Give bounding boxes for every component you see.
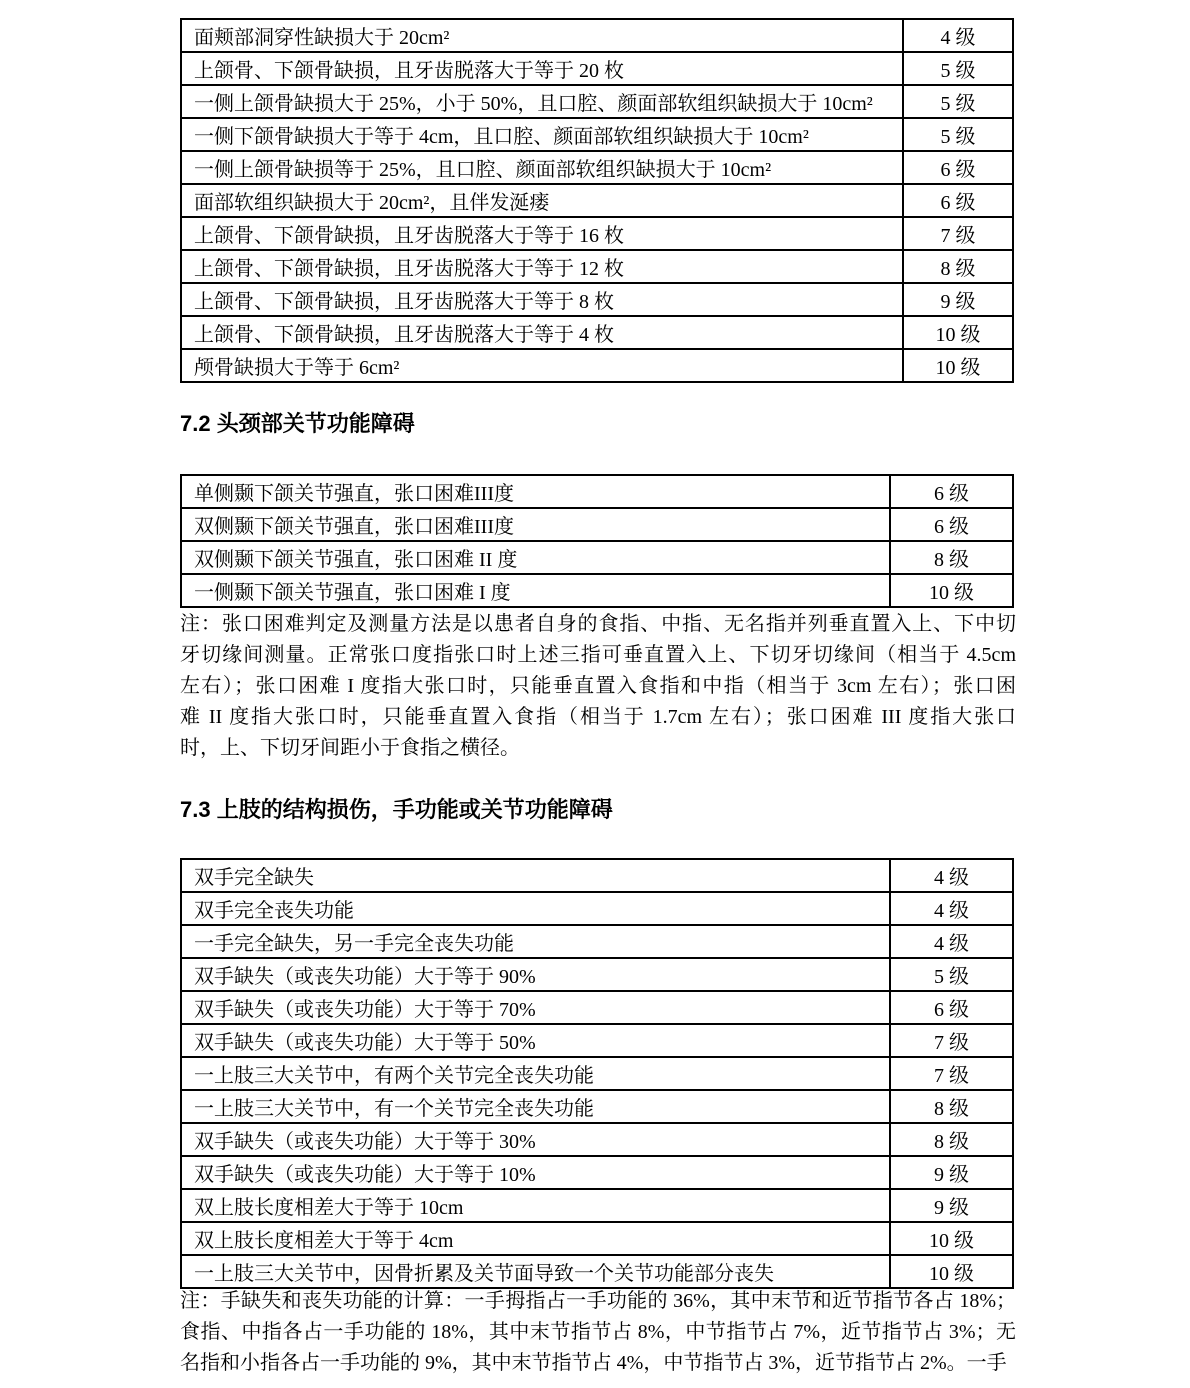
grade-cell: 5 级	[903, 52, 1013, 85]
criterion-cell: 上颌骨、下颌骨缺损，且牙齿脱落大于等于 4 枚	[181, 316, 903, 349]
table-row: 双手缺失（或丧失功能）大于等于 10% 9 级	[181, 1156, 1013, 1189]
note-mouth-opening: 注：张口困难判定及测量方法是以患者自身的食指、中指、无名指并列垂直置入上、下中切…	[180, 609, 1016, 764]
grade-cell: 8 级	[890, 541, 1013, 574]
grade-cell: 10 级	[890, 574, 1013, 607]
grade-cell: 6 级	[890, 475, 1013, 508]
table-row: 双手缺失（或丧失功能）大于等于 90% 5 级	[181, 958, 1013, 991]
grade-cell: 4 级	[903, 19, 1013, 52]
table-row: 颅骨缺损大于等于 6cm² 10 级	[181, 349, 1013, 382]
section-heading-7-2: 7.2 头颈部关节功能障碍	[180, 411, 1014, 437]
criterion-cell: 双侧颞下颌关节强直，张口困难III度	[181, 508, 890, 541]
grade-cell: 5 级	[903, 85, 1013, 118]
table-row: 双上肢长度相差大于等于 4cm 10 级	[181, 1222, 1013, 1255]
grade-cell: 9 级	[890, 1189, 1013, 1222]
grade-cell: 5 级	[903, 118, 1013, 151]
criterion-cell: 双上肢长度相差大于等于 4cm	[181, 1222, 890, 1255]
table-row: 面部软组织缺损大于 20cm²，且伴发涎瘘 6 级	[181, 184, 1013, 217]
table-row: 双手缺失（或丧失功能）大于等于 70% 6 级	[181, 991, 1013, 1024]
note-line: 牙切缘间测量。正常张口度指张口时上述三指可垂直置入上、下切牙切缘间（相当于 4.…	[180, 640, 1016, 671]
grade-cell: 4 级	[890, 925, 1013, 958]
document-page: 面颊部洞穿性缺损大于 20cm² 4 级 上颌骨、下颌骨缺损，且牙齿脱落大于等于…	[0, 0, 1190, 1388]
grade-cell: 4 级	[890, 859, 1013, 892]
grade-cell: 7 级	[903, 217, 1013, 250]
table-row: 一上肢三大关节中，因骨折累及关节面导致一个关节功能部分丧失 10 级	[181, 1255, 1013, 1288]
table-row: 一上肢三大关节中，有两个关节完全丧失功能 7 级	[181, 1057, 1013, 1090]
table-row: 双手缺失（或丧失功能）大于等于 50% 7 级	[181, 1024, 1013, 1057]
criterion-cell: 一侧上颌骨缺损等于 25%，且口腔、颜面部软组织缺损大于 10cm²	[181, 151, 903, 184]
table-row: 一侧上颌骨缺损等于 25%，且口腔、颜面部软组织缺损大于 10cm² 6 级	[181, 151, 1013, 184]
criterion-cell: 上颌骨、下颌骨缺损，且牙齿脱落大于等于 8 枚	[181, 283, 903, 316]
table-row: 双手完全丧失功能 4 级	[181, 892, 1013, 925]
criterion-cell: 双手缺失（或丧失功能）大于等于 70%	[181, 991, 890, 1024]
note-line: 注：张口困难判定及测量方法是以患者自身的食指、中指、无名指并列垂直置入上、下中切	[180, 609, 1016, 640]
table-row: 一手完全缺失，另一手完全丧失功能 4 级	[181, 925, 1013, 958]
head-face-defect-table: 面颊部洞穿性缺损大于 20cm² 4 级 上颌骨、下颌骨缺损，且牙齿脱落大于等于…	[180, 18, 1014, 383]
grade-cell: 4 级	[890, 892, 1013, 925]
grade-cell: 8 级	[890, 1090, 1013, 1123]
table-row: 双上肢长度相差大于等于 10cm 9 级	[181, 1189, 1013, 1222]
table-row: 上颌骨、下颌骨缺损，且牙齿脱落大于等于 4 枚 10 级	[181, 316, 1013, 349]
criterion-cell: 一上肢三大关节中，因骨折累及关节面导致一个关节功能部分丧失	[181, 1255, 890, 1288]
note-line: 左右）；张口困难 I 度指大张口时，只能垂直置入食指和中指（相当于 3cm 左右…	[180, 671, 1016, 702]
table-row: 上颌骨、下颌骨缺损，且牙齿脱落大于等于 12 枚 8 级	[181, 250, 1013, 283]
criterion-cell: 双手缺失（或丧失功能）大于等于 30%	[181, 1123, 890, 1156]
grade-cell: 8 级	[903, 250, 1013, 283]
grade-cell: 6 级	[903, 151, 1013, 184]
criterion-cell: 一侧颞下颌关节强直，张口困难 I 度	[181, 574, 890, 607]
table-row: 双手完全缺失 4 级	[181, 859, 1013, 892]
grade-cell: 6 级	[903, 184, 1013, 217]
table-row: 单侧颞下颌关节强直，张口困难III度 6 级	[181, 475, 1013, 508]
criterion-cell: 上颌骨、下颌骨缺损，且牙齿脱落大于等于 16 枚	[181, 217, 903, 250]
criterion-cell: 一侧下颌骨缺损大于等于 4cm，且口腔、颜面部软组织缺损大于 10cm²	[181, 118, 903, 151]
table-row: 双侧颞下颌关节强直，张口困难 II 度 8 级	[181, 541, 1013, 574]
grade-cell: 9 级	[903, 283, 1013, 316]
criterion-cell: 双手完全缺失	[181, 859, 890, 892]
criterion-cell: 单侧颞下颌关节强直，张口困难III度	[181, 475, 890, 508]
criterion-cell: 双手缺失（或丧失功能）大于等于 10%	[181, 1156, 890, 1189]
criterion-cell: 双手缺失（或丧失功能）大于等于 90%	[181, 958, 890, 991]
note-line: 时，上、下切牙间距小于食指之横径。	[180, 733, 1016, 764]
note-line: 难 II 度指大张口时，只能垂直置入食指（相当于 1.7cm 左右）；张口困难 …	[180, 702, 1016, 733]
criterion-cell: 一手完全缺失，另一手完全丧失功能	[181, 925, 890, 958]
criterion-cell: 双手完全丧失功能	[181, 892, 890, 925]
note-line: 食指、中指各占一手功能的 18%，其中末节指节占 8%，中节指节占 7%，近节指…	[180, 1317, 1016, 1348]
grade-cell: 9 级	[890, 1156, 1013, 1189]
grade-cell: 10 级	[903, 316, 1013, 349]
criterion-cell: 双上肢长度相差大于等于 10cm	[181, 1189, 890, 1222]
criterion-cell: 双手缺失（或丧失功能）大于等于 50%	[181, 1024, 890, 1057]
grade-cell: 6 级	[890, 991, 1013, 1024]
grade-cell: 8 级	[890, 1123, 1013, 1156]
table-row: 双手缺失（或丧失功能）大于等于 30% 8 级	[181, 1123, 1013, 1156]
head-neck-joint-table: 单侧颞下颌关节强直，张口困难III度 6 级 双侧颞下颌关节强直，张口困难III…	[180, 474, 1014, 608]
criterion-cell: 面部软组织缺损大于 20cm²，且伴发涎瘘	[181, 184, 903, 217]
table-row: 上颌骨、下颌骨缺损，且牙齿脱落大于等于 20 枚 5 级	[181, 52, 1013, 85]
grade-cell: 7 级	[890, 1057, 1013, 1090]
grade-cell: 6 级	[890, 508, 1013, 541]
note-line: 注：手缺失和丧失功能的计算：一手拇指占一手功能的 36%，其中末节和近节指节各占…	[180, 1286, 1016, 1317]
table-row: 一侧下颌骨缺损大于等于 4cm，且口腔、颜面部软组织缺损大于 10cm² 5 级	[181, 118, 1013, 151]
criterion-cell: 面颊部洞穿性缺损大于 20cm²	[181, 19, 903, 52]
upper-limb-table: 双手完全缺失 4 级 双手完全丧失功能 4 级 一手完全缺失，另一手完全丧失功能…	[180, 858, 1014, 1289]
table-row: 一侧颞下颌关节强直，张口困难 I 度 10 级	[181, 574, 1013, 607]
criterion-cell: 双侧颞下颌关节强直，张口困难 II 度	[181, 541, 890, 574]
criterion-cell: 上颌骨、下颌骨缺损，且牙齿脱落大于等于 12 枚	[181, 250, 903, 283]
note-line: 名指和小指各占一手功能的 9%，其中末节指节占 4%，中节指节占 3%，近节指节…	[180, 1348, 1016, 1379]
criterion-cell: 一上肢三大关节中，有两个关节完全丧失功能	[181, 1057, 890, 1090]
table-row: 上颌骨、下颌骨缺损，且牙齿脱落大于等于 8 枚 9 级	[181, 283, 1013, 316]
table-row: 一侧上颌骨缺损大于 25%，小于 50%，且口腔、颜面部软组织缺损大于 10cm…	[181, 85, 1013, 118]
criterion-cell: 一侧上颌骨缺损大于 25%，小于 50%，且口腔、颜面部软组织缺损大于 10cm…	[181, 85, 903, 118]
note-hand-function: 注：手缺失和丧失功能的计算：一手拇指占一手功能的 36%，其中末节和近节指节各占…	[180, 1286, 1016, 1379]
grade-cell: 5 级	[890, 958, 1013, 991]
criterion-cell: 一上肢三大关节中，有一个关节完全丧失功能	[181, 1090, 890, 1123]
section-heading-7-3: 7.3 上肢的结构损伤，手功能或关节功能障碍	[180, 797, 1014, 823]
table-row: 面颊部洞穿性缺损大于 20cm² 4 级	[181, 19, 1013, 52]
grade-cell: 10 级	[903, 349, 1013, 382]
grade-cell: 10 级	[890, 1222, 1013, 1255]
table-row: 双侧颞下颌关节强直，张口困难III度 6 级	[181, 508, 1013, 541]
table-row: 上颌骨、下颌骨缺损，且牙齿脱落大于等于 16 枚 7 级	[181, 217, 1013, 250]
grade-cell: 10 级	[890, 1255, 1013, 1288]
table-row: 一上肢三大关节中，有一个关节完全丧失功能 8 级	[181, 1090, 1013, 1123]
criterion-cell: 颅骨缺损大于等于 6cm²	[181, 349, 903, 382]
criterion-cell: 上颌骨、下颌骨缺损，且牙齿脱落大于等于 20 枚	[181, 52, 903, 85]
grade-cell: 7 级	[890, 1024, 1013, 1057]
